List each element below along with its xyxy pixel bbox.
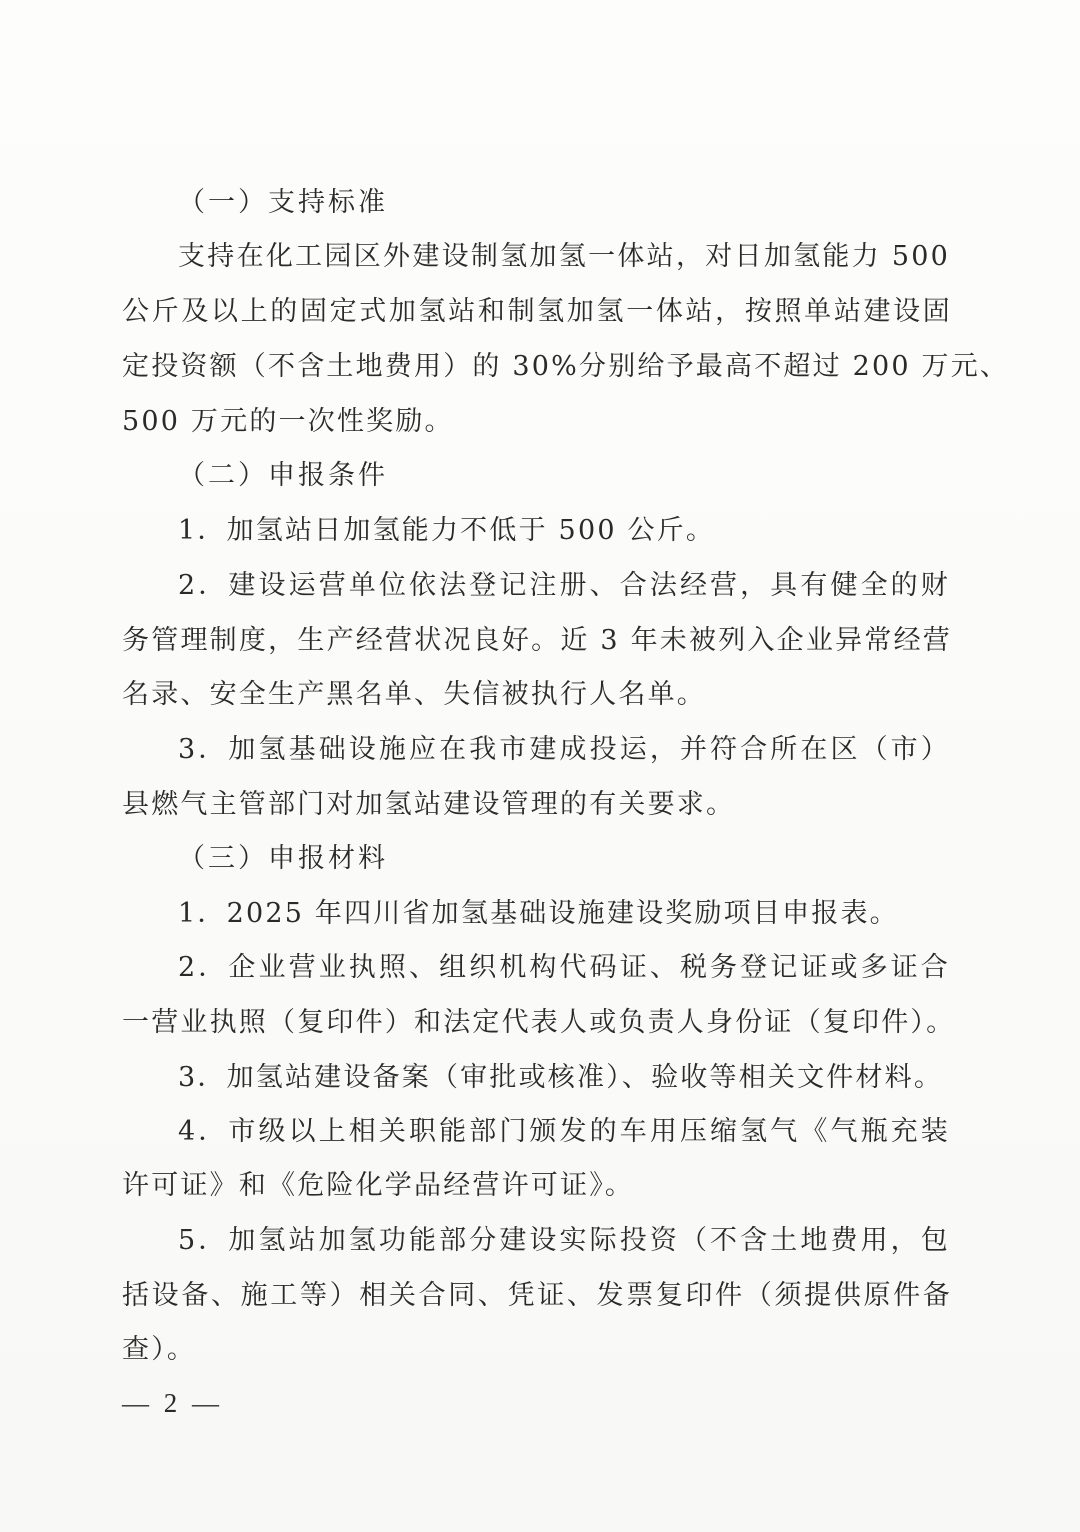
list-item-continuation: 名录、安全生产黑名单、失信被执行人名单。 bbox=[122, 675, 952, 715]
list-item-continuation: 许可证》和《危险化学品经营许可证》。 bbox=[122, 1166, 952, 1206]
list-item-continuation: 务管理制度，生产经营状况良好。近 3 年未被列入企业异常经营 bbox=[122, 621, 952, 661]
list-item: 4．市级以上相关职能部门颁发的车用压缩氢气《气瓶充装 bbox=[178, 1112, 950, 1152]
section-heading-application-conditions: （二）申报条件 bbox=[178, 456, 388, 496]
page-number: — 2 — bbox=[122, 1383, 223, 1423]
list-item: 2．企业营业执照、组织机构代码证、税务登记证或多证合 bbox=[178, 948, 950, 988]
paragraph-line: 定投资额（不含土地费用）的 30%分别给予最高不超过 200 万元、 bbox=[122, 347, 952, 387]
list-item-continuation: 括设备、施工等）相关合同、凭证、发票复印件（须提供原件备 bbox=[122, 1276, 952, 1316]
paragraph-line: 支持在化工园区外建设制氢加氢一体站，对日加氢能力 500 bbox=[178, 237, 950, 277]
paragraph-line: 公斤及以上的固定式加氢站和制氢加氢一体站，按照单站建设固 bbox=[122, 292, 952, 332]
list-item: 5．加氢站加氢功能部分建设实际投资（不含土地费用，包 bbox=[178, 1221, 950, 1261]
paragraph-line: 500 万元的一次性奖励。 bbox=[122, 402, 952, 442]
list-item: 1．加氢站日加氢能力不低于 500 公斤。 bbox=[178, 511, 950, 551]
list-item: 3．加氢基础设施应在我市建成投运，并符合所在区（市） bbox=[178, 730, 950, 770]
list-item: 2．建设运营单位依法登记注册、合法经营，具有健全的财 bbox=[178, 566, 950, 606]
section-heading-application-materials: （三）申报材料 bbox=[178, 839, 388, 879]
section-heading-support-standard: （一）支持标准 bbox=[178, 183, 388, 223]
document-page: （一）支持标准 支持在化工园区外建设制氢加氢一体站，对日加氢能力 500 公斤及… bbox=[0, 0, 1080, 1532]
list-item-continuation: 查）。 bbox=[122, 1330, 952, 1370]
list-item: 1．2025 年四川省加氢基础设施建设奖励项目申报表。 bbox=[178, 894, 950, 934]
list-item: 3．加氢站建设备案（审批或核准）、验收等相关文件材料。 bbox=[178, 1058, 950, 1098]
list-item-continuation: 一营业执照（复印件）和法定代表人或负责人身份证（复印件）。 bbox=[122, 1003, 952, 1043]
list-item-continuation: 县燃气主管部门对加氢站建设管理的有关要求。 bbox=[122, 785, 952, 825]
